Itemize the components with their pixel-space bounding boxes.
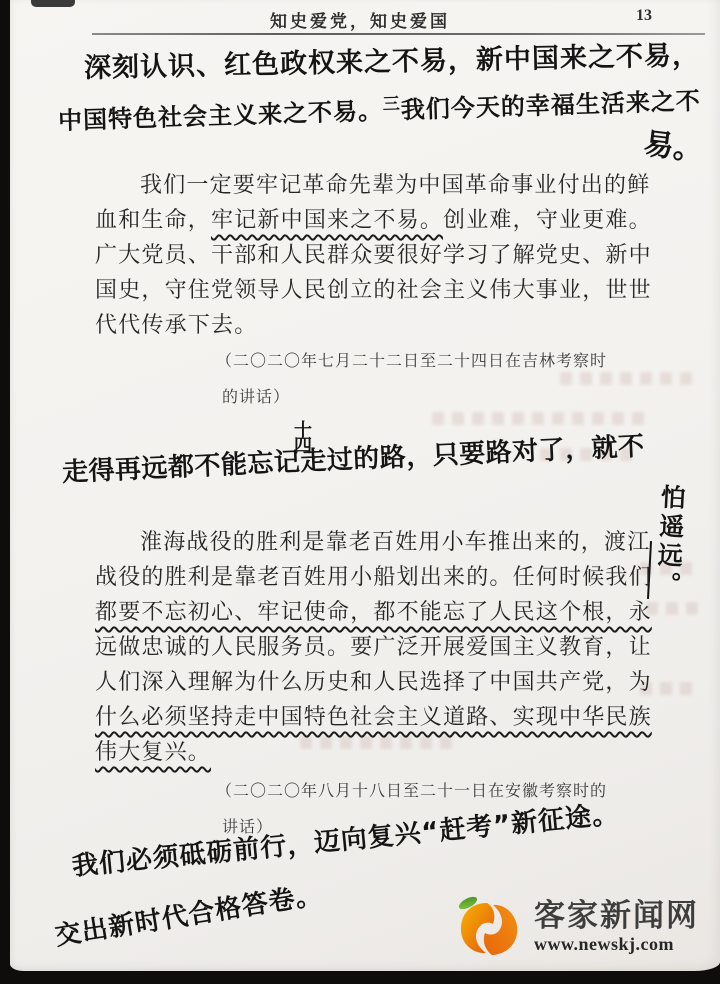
- bleed-through-text: [432, 412, 647, 425]
- citation-jilin-line1: （二〇二〇年七月二十二日至二十四日在吉林考察时: [216, 344, 607, 380]
- paragraph2-line: 远做忠诚的人民服务员。要广泛开展爱国主义教育，让: [95, 629, 663, 664]
- paragraph2-line-underlined: 什么必须坚持走中国特色社会主义道路、实现中华民族: [95, 699, 663, 734]
- paragraph1-line: 血和生命，牢记新中国来之不易。创业难，守业更难。: [95, 202, 663, 237]
- paragraph1-line2-underlined: 牢记新中国来之不易。: [211, 207, 443, 232]
- handwriting-section-marker-3: 三: [382, 94, 401, 115]
- paragraph1-line2-plain2: 创业难，守业更难。: [443, 207, 652, 232]
- paragraph1-line: 我们一定要牢记革命先辈为中国革命事业付出的鲜: [95, 167, 663, 202]
- watermark-site-url: www.newskj.com: [534, 935, 699, 954]
- handwriting-top-overflow: 易。: [642, 119, 707, 170]
- page-header-title: 知史爱党，知史爱国: [0, 7, 720, 32]
- citation-jilin: （二〇二〇年七月二十二日至二十四日在吉林考察时 的讲话）: [216, 344, 607, 416]
- page-number: 13: [636, 7, 652, 25]
- citation-jilin-line2: 的讲话）: [216, 380, 607, 416]
- paragraph2-line-underlined: 都要不忘初心、牢记使命，都不能忘了人民这个根，永: [95, 594, 663, 629]
- printed-paragraph-2: 淮海战役的胜利是靠老百姓用小车推出来的，渡江 战役的胜利是靠老百姓用小船划出来的…: [95, 524, 663, 769]
- paragraph1-line2-plain: 血和生命，: [95, 207, 211, 232]
- bleed-through-text: [560, 372, 700, 385]
- watermark-site-name: 客家新闻网: [534, 900, 699, 933]
- page-top-tab: [31, 0, 75, 7]
- paragraph1-line: 国史，守住党领导人民创立的社会主义伟大事业，世世: [95, 272, 663, 307]
- paragraph2-line7-underlined: 伟大复兴。: [95, 739, 211, 764]
- watermark-logo: 客家新闻网 www.newskj.com: [452, 891, 699, 963]
- paragraph2-line: 人们深入理解为什么历史和人民选择了中国共产党，为: [95, 664, 663, 699]
- paragraph2-line: 淮海战役的胜利是靠老百姓用小车推出来的，渡江: [95, 524, 663, 559]
- orange-swirl-icon: [452, 891, 524, 963]
- printed-paragraph-1: 我们一定要牢记革命先辈为中国革命事业付出的鲜 血和生命，牢记新中国来之不易。创业…: [95, 167, 663, 342]
- paragraph1-line: 代代传承下去。: [95, 307, 663, 342]
- paragraph2-line: 战役的胜利是靠老百姓用小船划出来的。任何时候我们: [95, 559, 663, 594]
- paragraph2-line: 伟大复兴。: [95, 734, 663, 769]
- paragraph1-line: 广大党员、干部和人民群众要很好学习了解党史、新中: [95, 237, 663, 272]
